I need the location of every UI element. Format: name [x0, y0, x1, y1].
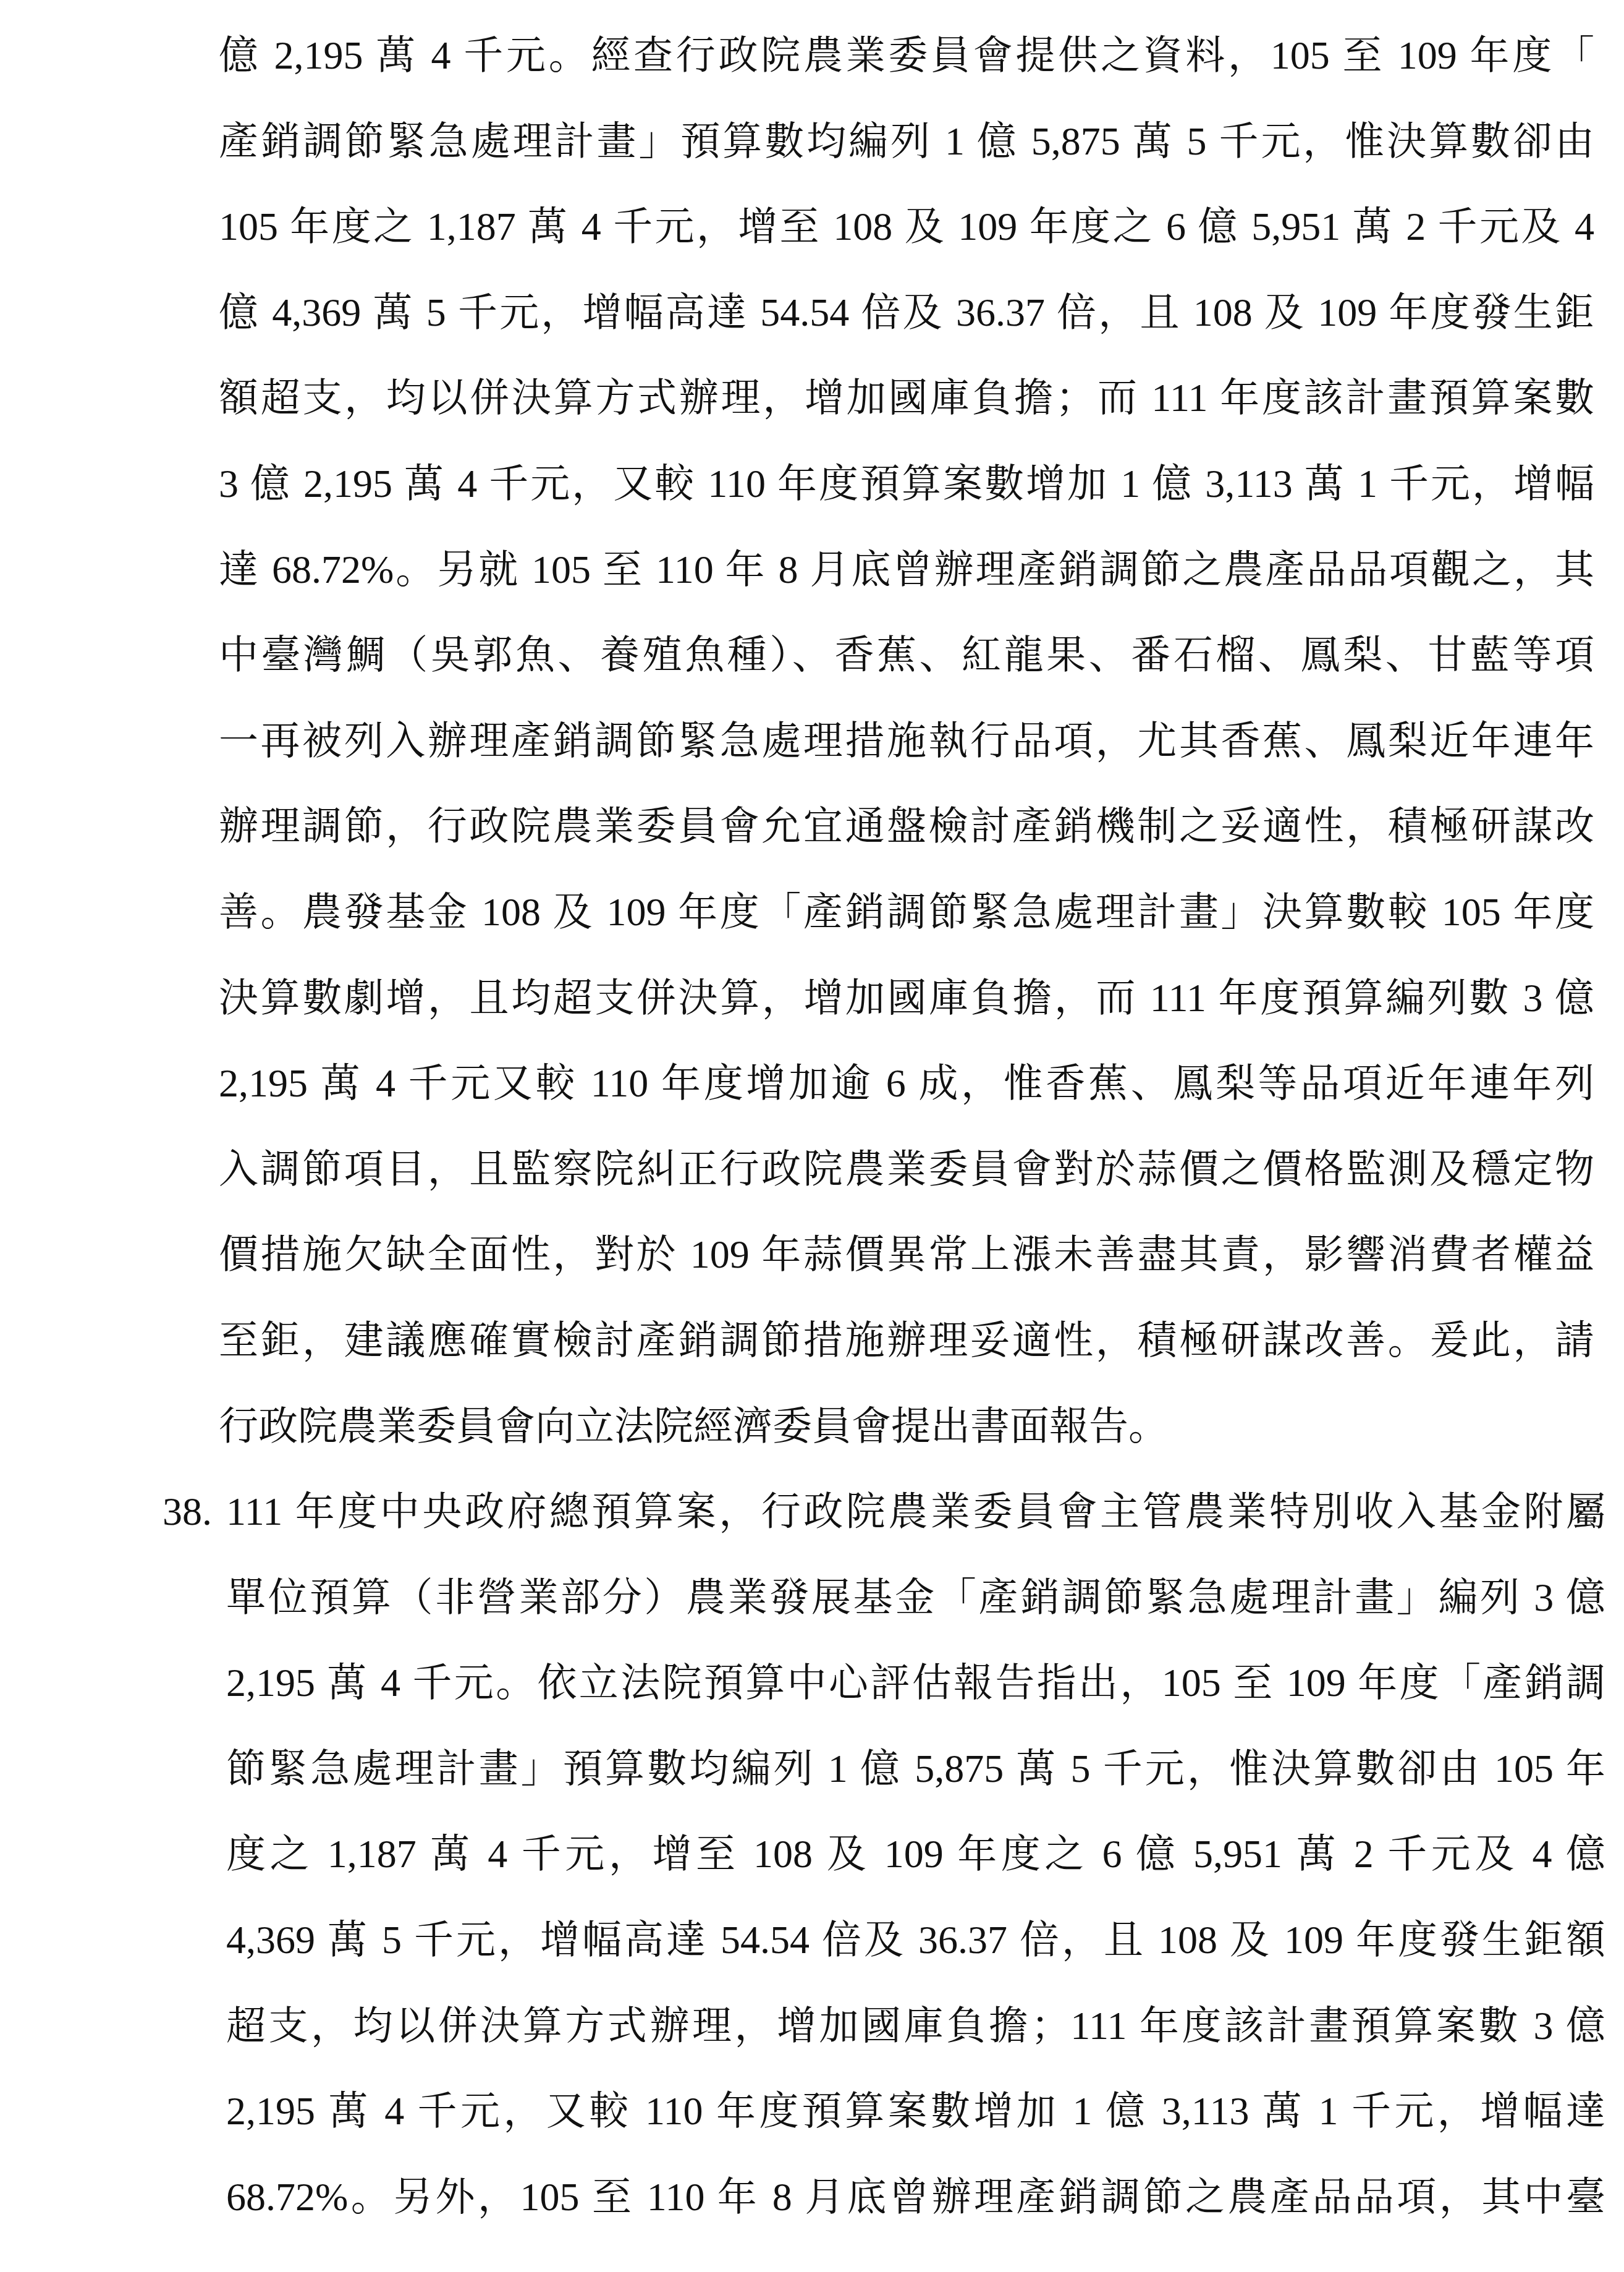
- text-line: 至鉅，建議應確實檢討產銷調節措施辦理妥適性，積極研謀改善。爰此，請: [219, 1298, 1594, 1384]
- item-first-line: 38. 111 年度中央政府總預算案，行政院農業委員會主管農業特別收入基金附屬: [226, 1469, 1605, 1555]
- text-line: 中臺灣鯛（吳郭魚、養殖魚種）、香蕉、紅龍果、番石榴、鳳梨、甘藍等項: [219, 613, 1594, 698]
- item-number: 38.: [163, 1469, 212, 1555]
- text-line: 超支，均以併決算方式辦理，增加國庫負擔；111 年度該計畫預算案數 3 億: [226, 1983, 1605, 2069]
- text-line-last: 行政院農業委員會向立法院經濟委員會提出書面報告。: [219, 1384, 1594, 1470]
- text-line: 68.72%。另外，105 至 110 年 8 月底曾辦理產銷調節之農產品品項，…: [226, 2155, 1605, 2240]
- paragraph-item-38: 38. 111 年度中央政府總預算案，行政院農業委員會主管農業特別收入基金附屬 …: [226, 1469, 1605, 2240]
- text-line: 節緊急處理計畫」預算數均編列 1 億 5,875 萬 5 千元，惟決算數卻由 1…: [226, 1726, 1605, 1812]
- text-line: 入調節項目，且監察院糾正行政院農業委員會對於蒜價之價格監測及穩定物: [219, 1127, 1594, 1213]
- text-line: 辦理調節，行政院農業委員會允宜通盤檢討產銷機制之妥適性，積極研謀改: [219, 784, 1594, 870]
- paragraph-continuation: 億 2,195 萬 4 千元。經查行政院農業委員會提供之資料，105 至 109…: [219, 13, 1594, 1469]
- text-line: 4,369 萬 5 千元，增幅高達 54.54 倍及 36.37 倍，且 108…: [226, 1897, 1605, 1983]
- text-line: 3 億 2,195 萬 4 千元，又較 110 年度預算案數增加 1 億 3,1…: [219, 441, 1594, 527]
- text-line: 額超支，均以併決算方式辦理，增加國庫負擔；而 111 年度該計畫預算案數: [219, 355, 1594, 441]
- text-line: 105 年度之 1,187 萬 4 千元，增至 108 及 109 年度之 6 …: [219, 184, 1594, 270]
- text-line: 價措施欠缺全面性，對於 109 年蒜價異常上漲未善盡其責，影響消費者權益: [219, 1212, 1594, 1298]
- text-line: 2,195 萬 4 千元，又較 110 年度預算案數增加 1 億 3,113 萬…: [226, 2069, 1605, 2155]
- text-line: 度之 1,187 萬 4 千元，增至 108 及 109 年度之 6 億 5,9…: [226, 1812, 1605, 1897]
- text-line: 一再被列入辦理產銷調節緊急處理措施執行品項，尤其香蕉、鳳梨近年連年: [219, 698, 1594, 784]
- text-line: 2,195 萬 4 千元又較 110 年度增加逾 6 成，惟香蕉、鳳梨等品項近年…: [219, 1041, 1594, 1127]
- text-line: 決算數劇增，且均超支併決算，增加國庫負擔，而 111 年度預算編列數 3 億: [219, 956, 1594, 1041]
- text-line: 單位預算（非營業部分）農業發展基金「產銷調節緊急處理計畫」編列 3 億: [226, 1555, 1605, 1641]
- text-line: 產銷調節緊急處理計畫」預算數均編列 1 億 5,875 萬 5 千元，惟決算數卻…: [219, 99, 1594, 185]
- text-line: 億 2,195 萬 4 千元。經查行政院農業委員會提供之資料，105 至 109…: [219, 13, 1594, 99]
- text-line: 達 68.72%。另就 105 至 110 年 8 月底曾辦理產銷調節之農產品品…: [219, 527, 1594, 613]
- text-line: 善。農發基金 108 及 109 年度「產銷調節緊急處理計畫」決算數較 105 …: [219, 870, 1594, 956]
- document-page: 億 2,195 萬 4 千元。經查行政院農業委員會提供之資料，105 至 109…: [0, 0, 1624, 2272]
- text-line: 2,195 萬 4 千元。依立法院預算中心評估報告指出，105 至 109 年度…: [226, 1640, 1605, 1726]
- text-line: 111 年度中央政府總預算案，行政院農業委員會主管農業特別收入基金附屬: [226, 1469, 1605, 1555]
- text-line: 億 4,369 萬 5 千元，增幅高達 54.54 倍及 36.37 倍，且 1…: [219, 270, 1594, 356]
